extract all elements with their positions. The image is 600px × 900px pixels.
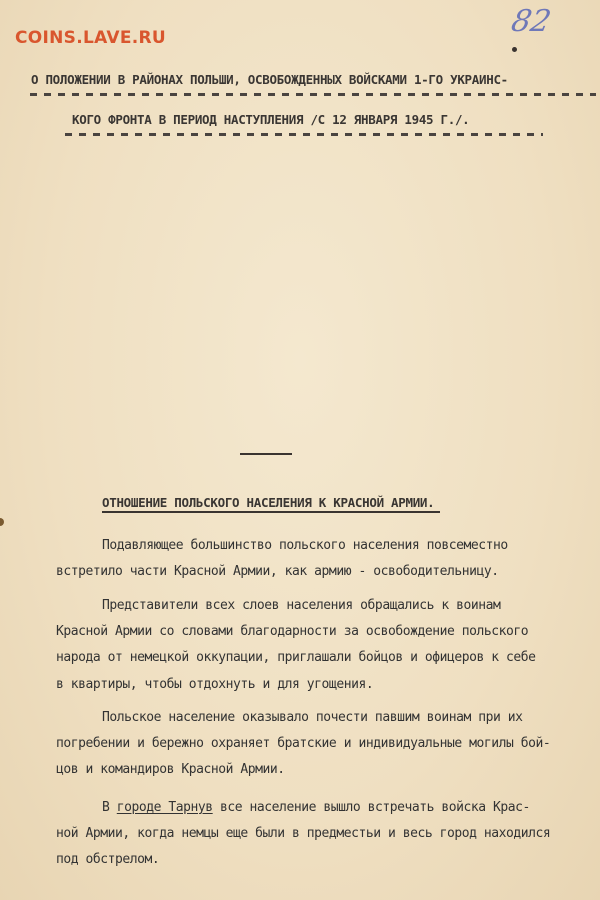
paragraph-3-line-1: Польское население оказывало почести пав… [102,710,522,725]
header-line-2: кого фронта в период наступления /с 12 я… [72,112,469,127]
paragraph-4-line-3: под обстрелом. [56,852,159,867]
paragraph-4-line-1: В городе Тарнув все население вышло встр… [102,800,530,815]
paragraph-4-rest: все население вышло встречать войска Кра… [213,800,530,815]
punch-hole-mark [0,518,4,526]
paragraph-4-line-2: ной Армии, когда немцы еще были в предме… [56,826,550,841]
ink-dot [512,47,517,52]
underlined-place-name: городе Тарнув [117,800,213,815]
paragraph-2-line-3: народа от немецкой оккупации, приглашали… [56,650,535,665]
paragraph-1-line-1: Подавляющее большинство польского населе… [102,538,508,553]
section-title: Отношение польского населения к Красной … [102,495,440,513]
section-separator [240,453,292,455]
paragraph-3-line-3: цов и командиров Красной Армии. [56,762,285,777]
header-dash-rule-1 [30,93,596,96]
paragraph-2-line-2: Красной Армии со словами благодарности з… [56,624,528,639]
paragraph-4-prefix: В [102,800,117,815]
paragraph-2-line-1: Представители всех слоев населения обращ… [102,598,500,613]
header-line-1: О положении в районах Польши, освобожден… [31,72,508,87]
header-dash-rule-2 [65,133,543,136]
handwritten-page-number: 82 [508,4,554,39]
paragraph-2-line-4: в квартиры, чтобы отдохнуть и для угощен… [56,677,373,692]
paragraph-1-line-2: встретило части Красной Армии, как армию… [56,564,499,579]
paragraph-3-line-2: погребении и бережно охраняет братские и… [56,736,550,751]
watermark: COINS.LAVE.RU [15,28,166,48]
